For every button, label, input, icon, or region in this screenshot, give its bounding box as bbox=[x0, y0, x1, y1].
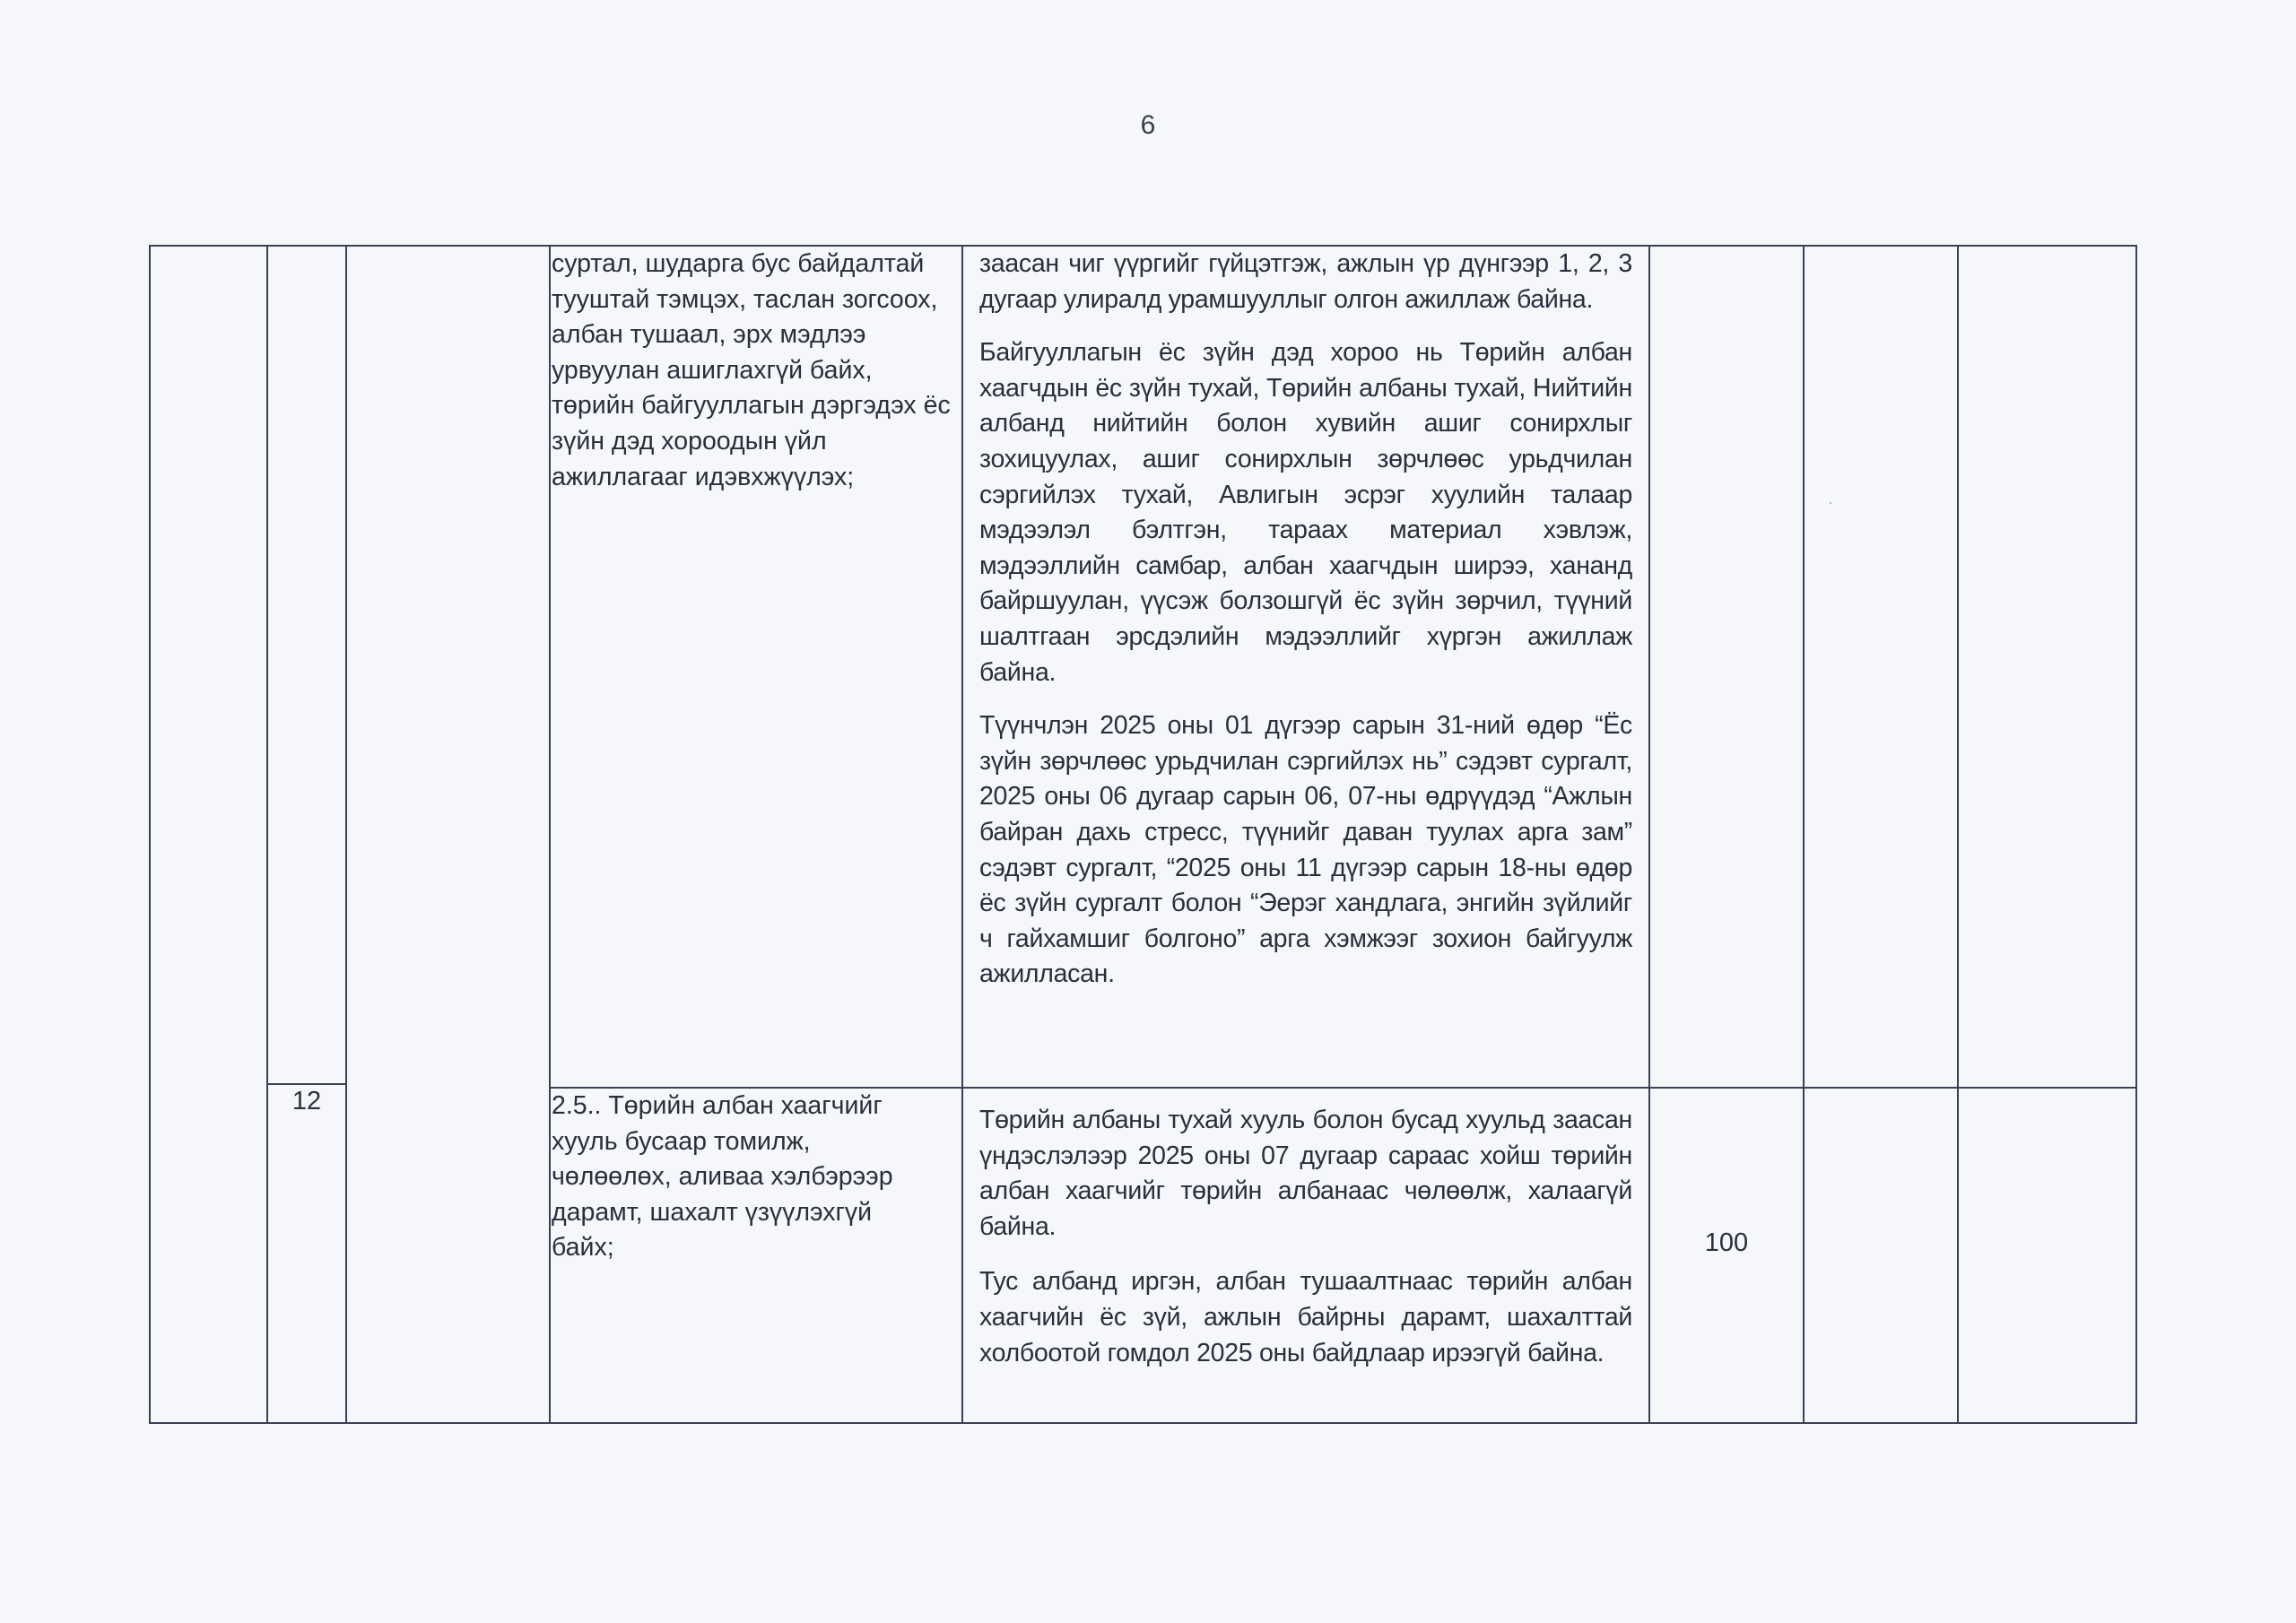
table-bottom-border bbox=[149, 1422, 2137, 1424]
report-paragraph: Байгууллагын ёс зүйн дэд хороо нь Төрийн… bbox=[979, 335, 1632, 690]
criteria-cell-row-1: суртал, шударга бус байдалтай тууштай тэ… bbox=[552, 247, 960, 495]
report-paragraph: заасан чиг үүргийг гүйцэтгэж, ажлын үр д… bbox=[979, 247, 1632, 317]
report-paragraph: Тус албанд иргэн, албан тушаалтнаас төри… bbox=[979, 1264, 1632, 1371]
col-divider-3 bbox=[549, 245, 551, 1424]
report-cell-row-2: Төрийн албаны тухай хууль болон бусад ху… bbox=[979, 1103, 1632, 1371]
report-cell-row-1: заасан чиг үүргийг гүйцэтгэж, ажлын үр д… bbox=[979, 247, 1632, 993]
table-right-border bbox=[2135, 245, 2137, 1424]
report-paragraph: Төрийн албаны тухай хууль болон бусад ху… bbox=[979, 1103, 1632, 1245]
col-divider-7 bbox=[1957, 245, 1959, 1424]
report-paragraph: Түүнчлэн 2025 оны 01 дүгээр сарын 31-ний… bbox=[979, 708, 1632, 993]
row-index-cell: 12 bbox=[268, 1087, 345, 1116]
col-divider-2 bbox=[345, 245, 347, 1424]
score-cell-row-2: 100 bbox=[1650, 1228, 1803, 1258]
col-divider-1 bbox=[266, 245, 268, 1424]
criteria-cell-row-2: 2.5.. Төрийн албан хаагчийг хууль бусаар… bbox=[552, 1089, 915, 1266]
scan-speck bbox=[1830, 502, 1831, 504]
col-divider-4 bbox=[961, 245, 963, 1424]
row-divider-col2 bbox=[266, 1083, 347, 1085]
col-divider-6 bbox=[1803, 245, 1805, 1424]
report-table: суртал, шударга бус байдалтай тууштай тэ… bbox=[0, 0, 2296, 1623]
table-left-border bbox=[149, 245, 151, 1424]
